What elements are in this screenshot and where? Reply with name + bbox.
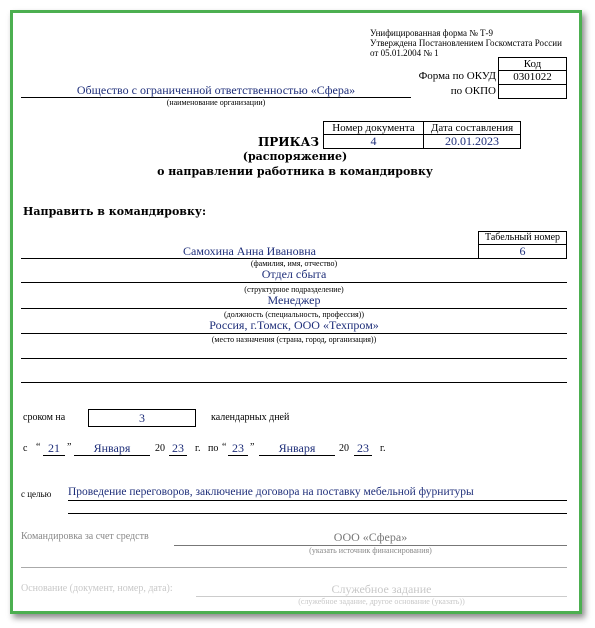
okpo-value — [498, 84, 567, 99]
doc-date-header: Дата составления — [423, 121, 521, 135]
form-line-2: Утверждена Постановлением Госкомстата Ро… — [370, 38, 562, 48]
destination-caption: (место назначения (страна, город, органи… — [21, 335, 567, 344]
tab-number-value: 6 — [478, 244, 567, 259]
okud-label: Форма по ОКУД — [419, 71, 496, 82]
funding-label: Командировка за счет средств — [21, 531, 149, 542]
duration-days-field[interactable]: 3 — [88, 409, 196, 427]
send-on-trip-label: Направить в командировку: — [23, 205, 206, 218]
okpo-label: по ОКПО — [451, 86, 496, 97]
department-underline — [21, 282, 567, 283]
to-year-suffix: г. — [380, 443, 385, 454]
from-open-quote: “ — [36, 442, 40, 453]
funding-value[interactable]: ООО «Сфера» — [174, 530, 567, 544]
code-header: Код — [498, 57, 567, 71]
from-label: с — [23, 443, 27, 454]
purpose-label: с целью — [21, 489, 51, 499]
doc-number-header: Номер документа — [323, 121, 424, 135]
basis-value[interactable]: Служебное задание — [196, 582, 567, 596]
organization-caption: (наименование организации) — [21, 98, 411, 107]
purpose-underline — [68, 500, 567, 501]
form-line-1: Унифицированная форма № Т-9 — [370, 28, 493, 38]
purpose-value[interactable]: Проведение переговоров, заключение догов… — [68, 485, 474, 499]
okud-value: 0301022 — [498, 70, 567, 85]
employee-destination: Россия, г.Томск, ООО «Техпром» — [21, 318, 567, 332]
from-day[interactable]: 21 — [43, 441, 65, 456]
to-month[interactable]: Января — [259, 441, 335, 456]
order-subject: о направлении работника в командировку — [150, 165, 440, 178]
position-underline — [21, 308, 567, 309]
funding-caption: (указать источник финансирования) — [174, 546, 567, 555]
purpose-underline-2 — [68, 513, 567, 514]
destination-underline — [21, 333, 567, 334]
form-line-3: от 05.01.2004 № 1 — [370, 48, 439, 58]
order-subtitle: (распоряжение) — [200, 150, 390, 163]
to-day[interactable]: 23 — [228, 441, 248, 456]
from-month[interactable]: Января — [74, 441, 150, 456]
employee-full-name: Самохина Анна Ивановна — [21, 244, 478, 258]
duration-unit-label: календарных дней — [211, 412, 289, 423]
blank-line-2 — [21, 382, 567, 383]
employee-position: Менеджер — [21, 293, 567, 307]
doc-number-value: 4 — [323, 134, 424, 149]
employee-department: Отдел сбыта — [21, 267, 567, 281]
to-open-quote: “ — [222, 442, 226, 453]
duration-label: сроком на — [23, 412, 65, 423]
tab-number-header: Табельный номер — [478, 231, 567, 245]
doc-date-value: 20.01.2023 — [423, 134, 521, 149]
from-close-quote: ” — [67, 442, 71, 453]
from-year-prefix: 20 — [155, 443, 165, 454]
from-year[interactable]: 23 — [169, 441, 187, 456]
organization-name: Общество с ограниченной ответственностью… — [21, 83, 411, 97]
order-title: ПРИКАЗ — [258, 135, 319, 149]
to-year-prefix: 20 — [339, 443, 349, 454]
blank-line-1 — [21, 358, 567, 359]
funding-divider — [21, 567, 567, 568]
to-close-quote: ” — [250, 442, 254, 453]
from-year-suffix: г. — [195, 443, 200, 454]
basis-label: Основание (документ, номер, дата): — [21, 583, 173, 594]
to-label: по — [208, 443, 218, 454]
basis-caption: (служебное задание, другое основание (ук… — [196, 597, 567, 606]
to-year[interactable]: 23 — [354, 441, 372, 456]
